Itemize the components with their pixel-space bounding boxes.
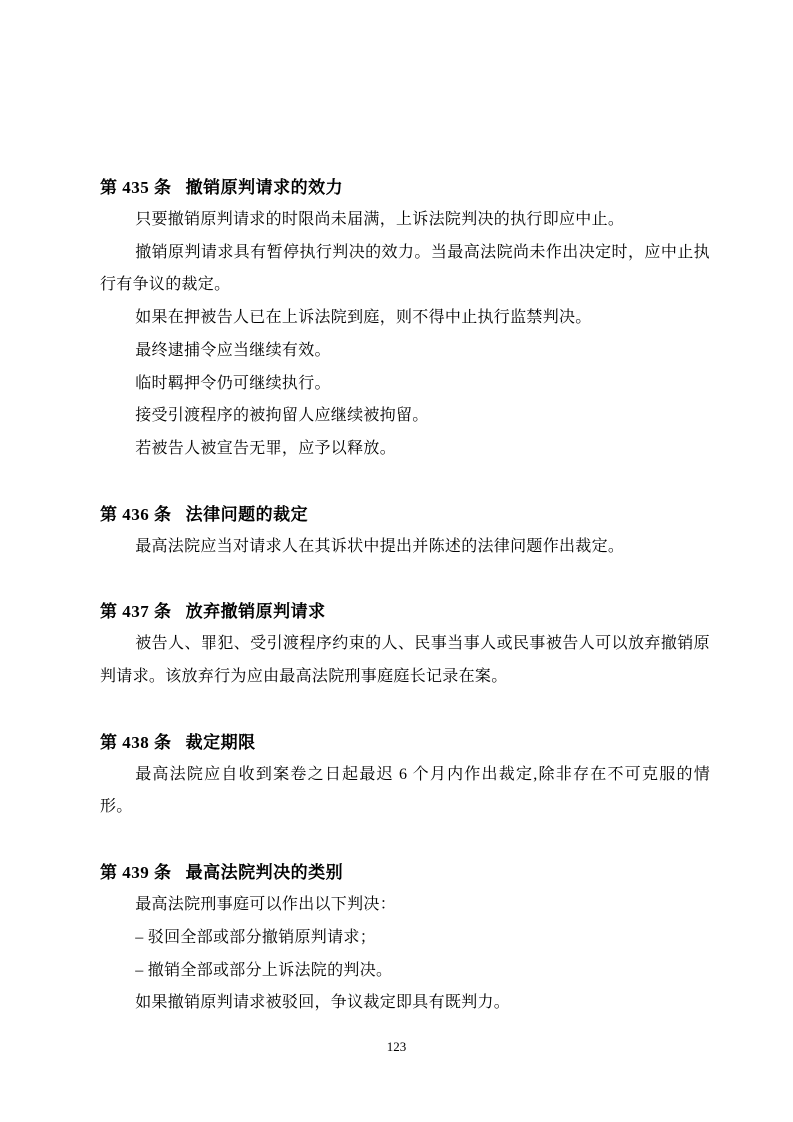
paragraph: 如果撤销原判请求被驳回，争议裁定即具有既判力。 bbox=[100, 987, 710, 1020]
article-title: 撤销原判请求的效力 bbox=[186, 178, 344, 197]
article-number: 第 436 条 bbox=[100, 505, 172, 524]
paragraph: 最高法院刑事庭可以作出以下判决： bbox=[100, 889, 710, 922]
article-number: 第 435 条 bbox=[100, 178, 172, 197]
list-item: – 撤销全部或部分上诉法院的判决。 bbox=[100, 955, 710, 988]
article-title: 法律问题的裁定 bbox=[186, 505, 309, 524]
paragraph: 撤销原判请求具有暂停执行判决的效力。当最高法院尚未作出决定时，应中止执行有争议的… bbox=[100, 237, 710, 302]
paragraph: 只要撤销原判请求的时限尚未届满，上诉法院判决的执行即应中止。 bbox=[100, 204, 710, 237]
article-heading: 第 438 条 裁定期限 bbox=[100, 726, 710, 759]
paragraph: 若被告人被宣告无罪，应予以释放。 bbox=[100, 433, 710, 466]
document-page: 第 435 条 撤销原判请求的效力 只要撤销原判请求的时限尚未届满，上诉法院判决… bbox=[0, 0, 793, 1122]
article-number: 第 437 条 bbox=[100, 602, 172, 621]
paragraph: 最终逮捕令应当继续有效。 bbox=[100, 335, 710, 368]
article-436: 第 436 条 法律问题的裁定 最高法院应当对请求人在其诉状中提出并陈述的法律问… bbox=[100, 498, 710, 564]
list-item: – 驳回全部或部分撤销原判请求； bbox=[100, 922, 710, 955]
article-437: 第 437 条 放弃撤销原判请求 被告人、罪犯、受引渡程序约束的人、民事当事人或… bbox=[100, 595, 710, 693]
paragraph: 如果在押被告人已在上诉法院到庭，则不得中止执行监禁判决。 bbox=[100, 302, 710, 335]
article-heading: 第 435 条 撤销原判请求的效力 bbox=[100, 171, 710, 204]
article-heading: 第 436 条 法律问题的裁定 bbox=[100, 498, 710, 531]
page-number: 123 bbox=[0, 1037, 793, 1057]
article-title: 放弃撤销原判请求 bbox=[186, 602, 326, 621]
article-439: 第 439 条 最高法院判决的类别 最高法院刑事庭可以作出以下判决： – 驳回全… bbox=[100, 856, 710, 1020]
article-435: 第 435 条 撤销原判请求的效力 只要撤销原判请求的时限尚未届满，上诉法院判决… bbox=[100, 171, 710, 466]
paragraph: 临时羁押令仍可继续执行。 bbox=[100, 368, 710, 401]
paragraph: 被告人、罪犯、受引渡程序约束的人、民事当事人或民事被告人可以放弃撤销原判请求。该… bbox=[100, 628, 710, 693]
article-438: 第 438 条 裁定期限 最高法院应自收到案卷之日起最迟 6 个月内作出裁定,除… bbox=[100, 726, 710, 824]
article-heading: 第 439 条 最高法院判决的类别 bbox=[100, 856, 710, 889]
paragraph: 最高法院应自收到案卷之日起最迟 6 个月内作出裁定,除非存在不可克服的情形。 bbox=[100, 759, 710, 824]
article-number: 第 438 条 bbox=[100, 733, 172, 752]
paragraph: 接受引渡程序的被拘留人应继续被拘留。 bbox=[100, 400, 710, 433]
article-number: 第 439 条 bbox=[100, 863, 172, 882]
article-title: 最高法院判决的类别 bbox=[186, 863, 344, 882]
article-heading: 第 437 条 放弃撤销原判请求 bbox=[100, 595, 710, 628]
article-title: 裁定期限 bbox=[186, 733, 256, 752]
paragraph: 最高法院应当对请求人在其诉状中提出并陈述的法律问题作出裁定。 bbox=[100, 531, 710, 564]
document-content: 第 435 条 撤销原判请求的效力 只要撤销原判请求的时限尚未届满，上诉法院判决… bbox=[100, 171, 710, 1020]
